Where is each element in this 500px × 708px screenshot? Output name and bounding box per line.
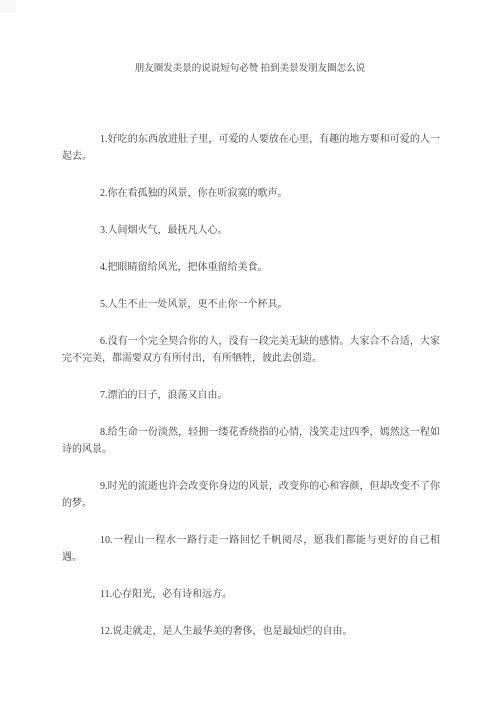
quote-item-6: 6.没有一个完全契合你的人，没有一段完美无缺的感情。大家合不合适，大家完不完美，… <box>62 333 440 367</box>
quote-list: 1.好吃的东西放进肚子里，可爱的人要放在心里，有趣的地方要和可爱的人一起去。 2… <box>0 131 500 640</box>
quote-item-4: 4.把眼睛留给风光，把体重留给美食。 <box>62 259 440 276</box>
quote-item-1: 1.好吃的东西放进肚子里，可爱的人要放在心里，有趣的地方要和可爱的人一起去。 <box>62 131 440 165</box>
quote-item-7: 7.漂泊的日子，浪荡又自由。 <box>62 387 440 404</box>
quote-item-11: 11.心存阳光，必有诗和远方。 <box>62 586 440 603</box>
corner-artifact <box>0 0 16 13</box>
quote-item-2: 2.你在看孤独的风景，你在听寂寞的歌声。 <box>62 185 440 202</box>
quote-item-3: 3.人间烟火气，最抚凡人心。 <box>62 222 440 239</box>
quote-item-12: 12.说走就走，是人生最华美的奢侈，也是最灿烂的自由。 <box>62 623 440 640</box>
quote-item-10: 10.一程山一程水一路行走一路回忆千帆阅尽，愿我们都能与更好的自己相遇。 <box>62 532 440 566</box>
page-title: 朋友圈发美景的说说短句必赞 拍到美景发朋友圈怎么说 <box>0 0 500 76</box>
quote-item-9: 9.时光的流逝也许会改变你身边的风景，改变你的心和容颜，但却改变不了你的梦。 <box>62 478 440 512</box>
document-page: 朋友圈发美景的说说短句必赞 拍到美景发朋友圈怎么说 1.好吃的东西放进肚子里，可… <box>0 0 500 708</box>
quote-item-8: 8.给生命一份淡然，轻拥一缕花香绕指的心情，浅笑走过四季，嫣然这一程如诗的风景。 <box>62 424 440 458</box>
quote-item-5: 5.人生不止一处风景，更不止你一个杯具。 <box>62 296 440 313</box>
